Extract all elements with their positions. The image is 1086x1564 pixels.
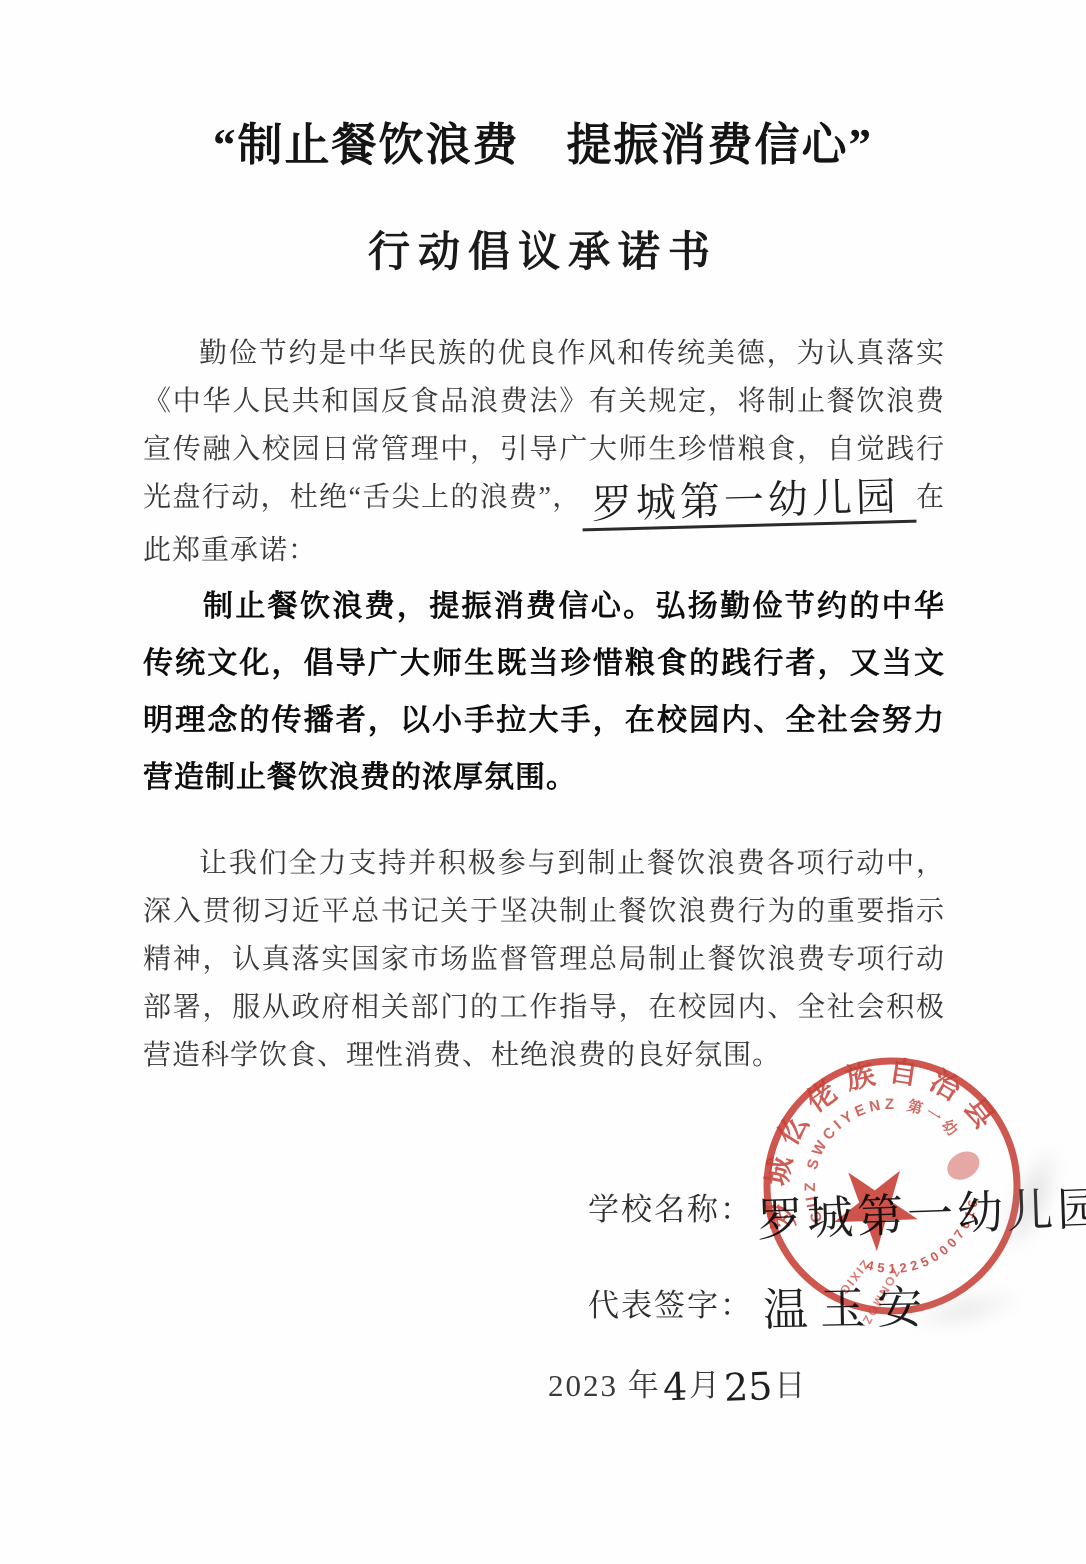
handwritten-month: 4 (660, 1365, 690, 1410)
date-year: 2023 年 (548, 1368, 661, 1403)
document-page: “制止餐饮浪费 提振消费信心” 行动倡议承诺书 勤俭节约是中华民族的优良作风和传… (0, 0, 1086, 1564)
paragraph-intro: 勤俭节约是中华民族的优良作风和传统美德，为认真落实《中华人民共和国反食品浪费法》… (143, 330, 945, 575)
paragraph-commitment: 制止餐饮浪费，提振消费信心。弘扬勤俭节约的中华传统文化，倡导广大师生既当珍惜粮食… (143, 578, 945, 806)
date-month-unit: 月 (689, 1368, 722, 1403)
school-name-row: 学校名称：罗城第一幼儿园 (588, 1178, 1086, 1244)
handwritten-school-name: 罗城第一幼儿园 (756, 1172, 1086, 1250)
handwritten-school-name-inline: 罗城第一幼儿园 (581, 480, 916, 532)
school-name-label: 学校名称： (588, 1192, 753, 1227)
date-day-unit: 日 (774, 1368, 807, 1403)
document-title-line2: 行动倡议承诺书 (0, 219, 1086, 279)
handwritten-day: 25 (721, 1364, 775, 1410)
title-block: “制止餐饮浪费 提振消费信心” 行动倡议承诺书 (0, 108, 1086, 279)
date-row: 2023 年4月25日 (548, 1360, 807, 1409)
representative-signature-row: 代表签字：温玉安 (588, 1272, 934, 1337)
handwritten-representative-signature: 温玉安 (762, 1271, 934, 1339)
document-title-line1: “制止餐饮浪费 提振消费信心” (0, 108, 1086, 173)
paragraph-action: 让我们全力支持并积极参与到制止餐饮浪费各项行动中，深入贯彻习近平总书记关于坚决制… (143, 840, 945, 1080)
representative-signature-label: 代表签字： (588, 1288, 753, 1323)
